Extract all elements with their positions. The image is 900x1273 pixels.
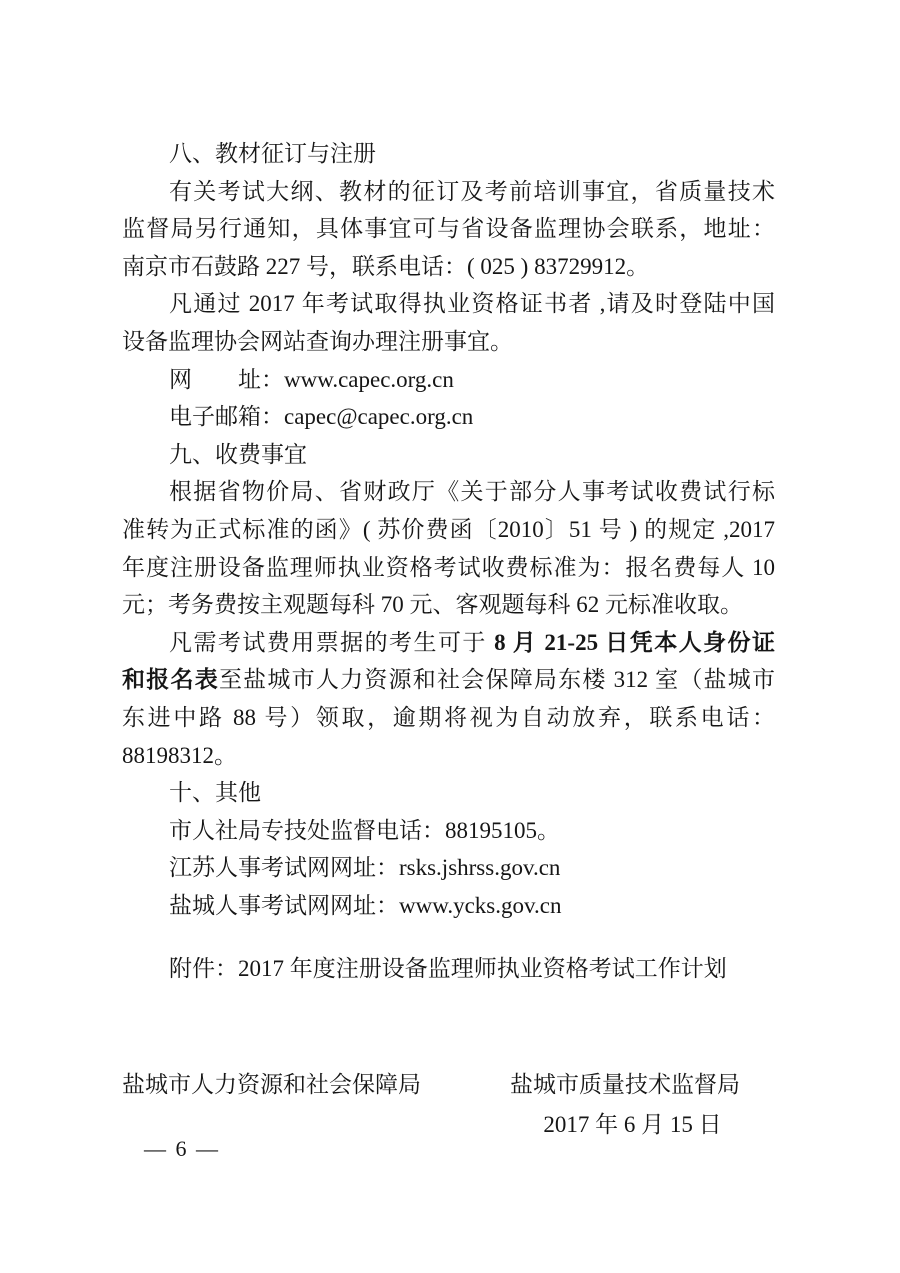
footer-date: 2017 年 6 月 15 日 bbox=[510, 1106, 755, 1144]
yancheng-exam-site-line: 盐城人事考试网网址：www.ycks.gov.cn bbox=[122, 887, 775, 925]
section-heading-8: 八、教材征订与注册 bbox=[122, 135, 775, 173]
attachment-line: 附件：2017 年度注册设备监理师执业资格考试工作计划 bbox=[122, 950, 775, 988]
section-heading-10: 十、其他 bbox=[122, 774, 775, 812]
supervision-phone-line: 市人社局专技处监督电话：88195105。 bbox=[122, 812, 775, 850]
doc-line: 根据省物价局、省财政厅《关于部分人事考试收费试行标 bbox=[122, 473, 775, 511]
doc-line: 有关考试大纲、教材的征订及考前培训事宜，省质量技术 bbox=[122, 173, 775, 211]
doc-line: 凡需考试费用票据的考生可于 8 月 21-25 日凭本人身份证 bbox=[122, 624, 775, 662]
doc-text-bold: 和报名表 bbox=[122, 667, 219, 692]
page-number: — 6 — bbox=[144, 1136, 220, 1162]
doc-text: 至盐城市人力资源和社会保障局东楼 312 室（盐城市 bbox=[219, 667, 775, 692]
document-page: 八、教材征订与注册 有关考试大纲、教材的征订及考前培训事宜，省质量技术 监督局另… bbox=[0, 0, 900, 1273]
doc-line: 南京市石鼓路 227 号，联系电话：( 025 ) 83729912。 bbox=[122, 248, 775, 286]
doc-line: 元；考务费按主观题每科 70 元、客观题每科 62 元标准收取。 bbox=[122, 586, 775, 624]
section-heading-9: 九、收费事宜 bbox=[122, 436, 775, 474]
email-line: 电子邮箱：capec@capec.org.cn bbox=[122, 398, 775, 436]
doc-line: 和报名表至盐城市人力资源和社会保障局东楼 312 室（盐城市 bbox=[122, 661, 775, 699]
doc-text: 凡需考试费用票据的考生可于 bbox=[169, 630, 494, 655]
doc-line: 年度注册设备监理师执业资格考试收费标准为：报名费每人 10 bbox=[122, 549, 775, 587]
doc-line: 监督局另行通知，具体事宜可与省设备监理协会联系，地址： bbox=[122, 210, 775, 248]
jiangsu-exam-site-line: 江苏人事考试网网址：rsks.jshrss.gov.cn bbox=[122, 849, 775, 887]
doc-line: 凡通过 2017 年考试取得执业资格证书者 ,请及时登陆中国 bbox=[122, 285, 775, 323]
footer-right-org: 盐城市质量技术监督局 bbox=[510, 1066, 755, 1104]
footer-left-org: 盐城市人力资源和社会保障局 bbox=[122, 1066, 421, 1104]
doc-line: 准转为正式标准的函》( 苏价费函〔2010〕51 号 ) 的规定 ,2017 bbox=[122, 511, 775, 549]
doc-line: 东进中路 88 号）领取，逾期将视为自动放弃，联系电话： bbox=[122, 699, 775, 737]
doc-text-bold: 8 月 21-25 日凭本人身份证 bbox=[494, 630, 775, 655]
doc-line: 设备监理协会网站查询办理注册事宜。 bbox=[122, 323, 775, 361]
phone-line: 88198312。 bbox=[122, 737, 775, 775]
website-line: 网 址：www.capec.org.cn bbox=[122, 361, 775, 399]
document-body: 八、教材征订与注册 有关考试大纲、教材的征订及考前培训事宜，省质量技术 监督局另… bbox=[122, 135, 775, 988]
